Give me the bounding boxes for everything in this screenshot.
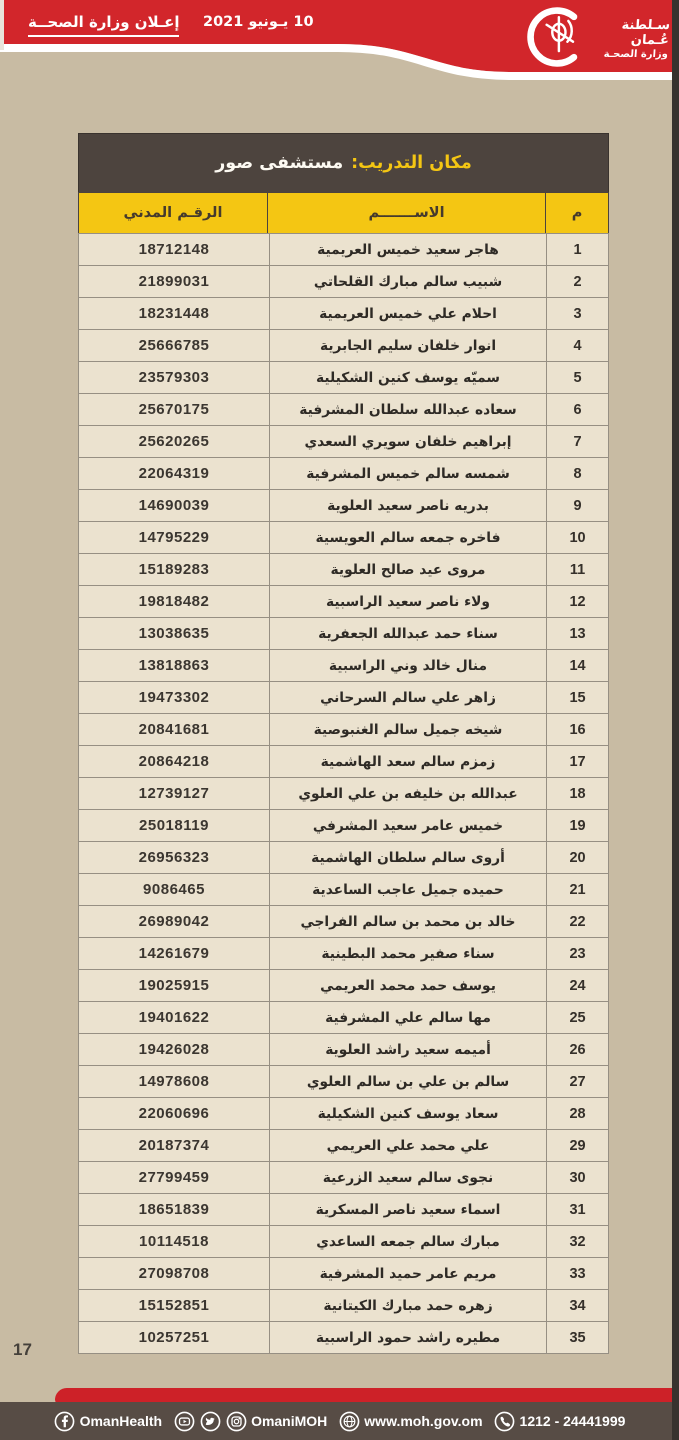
- row-civil-number: 18651839: [79, 1194, 269, 1225]
- scan-edge-right: [672, 0, 679, 1440]
- column-header-civil-number: الرقـم المدني: [79, 193, 267, 233]
- table-row: 12ولاء ناصر سعيد الراسبية19818482: [78, 585, 609, 618]
- row-name: مروى عيد صالح العلوية: [269, 554, 546, 585]
- row-index: 24: [546, 970, 608, 1001]
- row-civil-number: 10257251: [79, 1322, 269, 1353]
- row-name: خميس عامر سعيد المشرفي: [269, 810, 546, 841]
- table-row: 35مطيره راشد حمود الراسبية10257251: [78, 1321, 609, 1354]
- row-name: زاهر علي سالم السرحاني: [269, 682, 546, 713]
- row-civil-number: 26956323: [79, 842, 269, 873]
- row-index: 9: [546, 490, 608, 521]
- table-row: 1هاجر سعيد خميس العريمية18712148: [78, 233, 609, 266]
- row-index: 29: [546, 1130, 608, 1161]
- row-name: سعاده عبدالله سلطان المشرفية: [269, 394, 546, 425]
- table-row: 11مروى عيد صالح العلوية15189283: [78, 553, 609, 586]
- row-civil-number: 22060696: [79, 1098, 269, 1129]
- table-row: 9بدريه ناصر سعيد العلوية14690039: [78, 489, 609, 522]
- row-civil-number: 14261679: [79, 938, 269, 969]
- row-name: حميده جميل عاجب الساعدية: [269, 874, 546, 905]
- row-name: سناء حمد عبدالله الجعفرية: [269, 618, 546, 649]
- row-name: شمسه سالم خميس المشرفية: [269, 458, 546, 489]
- row-index: 31: [546, 1194, 608, 1225]
- row-index: 6: [546, 394, 608, 425]
- row-name: سالم بن علي بن سالم العلوي: [269, 1066, 546, 1097]
- table-row: 32مبارك سالم جمعه الساعدي10114518: [78, 1225, 609, 1258]
- row-index: 33: [546, 1258, 608, 1289]
- table-row: 22خالد بن محمد بن سالم الفراجي26989042: [78, 905, 609, 938]
- row-index: 10: [546, 522, 608, 553]
- row-civil-number: 13818863: [79, 650, 269, 681]
- row-index: 14: [546, 650, 608, 681]
- row-name: أميمه سعيد راشد العلوية: [269, 1034, 546, 1065]
- row-index: 13: [546, 618, 608, 649]
- row-civil-number: 20841681: [79, 714, 269, 745]
- row-index: 17: [546, 746, 608, 777]
- table-row: 21حميده جميل عاجب الساعدية9086465: [78, 873, 609, 906]
- row-name: إبراهيم خلفان سويري السعدي: [269, 426, 546, 457]
- row-civil-number: 19473302: [79, 682, 269, 713]
- table-row: 25مها سالم علي المشرفية19401622: [78, 1001, 609, 1034]
- footer-social-group[interactable]: OmaniMOH: [173, 1410, 327, 1432]
- top-banner: إعـلان وزارة الصحــة 10 يـونيو 2021 سـلط…: [0, 0, 679, 112]
- row-civil-number: 15152851: [79, 1290, 269, 1321]
- row-index: 34: [546, 1290, 608, 1321]
- row-index: 8: [546, 458, 608, 489]
- table-row: 6سعاده عبدالله سلطان المشرفية25670175: [78, 393, 609, 426]
- footer-website[interactable]: www.moh.gov.om: [338, 1410, 482, 1432]
- table-body: 1هاجر سعيد خميس العريمية187121482شبيب سا…: [78, 233, 609, 1354]
- table-row: 28سعاد يوسف كنين الشكيلية22060696: [78, 1097, 609, 1130]
- row-index: 4: [546, 330, 608, 361]
- table-row: 2شبيب سالم مبارك القلحاتي21899031: [78, 265, 609, 298]
- training-location-value: مستشفى صور: [215, 153, 343, 173]
- row-index: 15: [546, 682, 608, 713]
- table-row: 23سناء صفير محمد البطينية14261679: [78, 937, 609, 970]
- row-index: 32: [546, 1226, 608, 1257]
- row-index: 27: [546, 1066, 608, 1097]
- row-index: 30: [546, 1162, 608, 1193]
- row-civil-number: 27098708: [79, 1258, 269, 1289]
- row-name: بدريه ناصر سعيد العلوية: [269, 490, 546, 521]
- row-name: شبيب سالم مبارك القلحاتي: [269, 266, 546, 297]
- table-row: 24يوسف حمد محمد العريمي19025915: [78, 969, 609, 1002]
- table-row: 18عبدالله بن خليفه بن علي العلوي12739127: [78, 777, 609, 810]
- row-civil-number: 10114518: [79, 1226, 269, 1257]
- row-name: اسماء سعيد ناصر المسكرية: [269, 1194, 546, 1225]
- youtube-icon[interactable]: [173, 1410, 195, 1432]
- footer-social-label[interactable]: OmaniMOH: [251, 1413, 327, 1429]
- trainees-table: مكان التدريب: مستشفى صور م الاســـــــم …: [78, 133, 609, 1354]
- row-index: 11: [546, 554, 608, 585]
- table-row: 33مريم عامر حميد المشرفية27098708: [78, 1257, 609, 1290]
- twitter-icon[interactable]: [199, 1410, 221, 1432]
- row-civil-number: 12739127: [79, 778, 269, 809]
- row-civil-number: 18712148: [79, 234, 269, 265]
- row-index: 23: [546, 938, 608, 969]
- table-row: 5سميّه يوسف كنين الشكيلية23579303: [78, 361, 609, 394]
- announcement-title: إعـلان وزارة الصحــة: [28, 13, 179, 37]
- row-name: انوار خلفان سليم الجابرية: [269, 330, 546, 361]
- logo-line1: سـلطنة عُـمان: [595, 19, 670, 49]
- row-name: علي محمد علي العريمي: [269, 1130, 546, 1161]
- table-row: 30نجوى سالم سعيد الزرعية27799459: [78, 1161, 609, 1194]
- row-index: 22: [546, 906, 608, 937]
- row-index: 20: [546, 842, 608, 873]
- row-civil-number: 19401622: [79, 1002, 269, 1033]
- footer-phone-label[interactable]: 1212 - 24441999: [520, 1413, 626, 1429]
- footer-contact-bar: OmanHealth: [0, 1402, 679, 1440]
- row-name: مريم عامر حميد المشرفية: [269, 1258, 546, 1289]
- row-name: مطيره راشد حمود الراسبية: [269, 1322, 546, 1353]
- row-index: 16: [546, 714, 608, 745]
- table-row: 15زاهر علي سالم السرحاني19473302: [78, 681, 609, 714]
- row-name: مها سالم علي المشرفية: [269, 1002, 546, 1033]
- row-civil-number: 19818482: [79, 586, 269, 617]
- logo-line2: وزارة الصحـة: [595, 49, 669, 61]
- table-row: 8شمسه سالم خميس المشرفية22064319: [78, 457, 609, 490]
- row-name: خالد بن محمد بن سالم الفراجي: [269, 906, 546, 937]
- table-row: 29علي محمد علي العريمي20187374: [78, 1129, 609, 1162]
- row-civil-number: 25666785: [79, 330, 269, 361]
- table-row: 17زمزم سالم سعد الهاشمية20864218: [78, 745, 609, 778]
- row-name: احلام علي خميس العريمية: [269, 298, 546, 329]
- row-index: 19: [546, 810, 608, 841]
- oman-crescent-emblem-icon: [524, 4, 590, 70]
- table-row: 4انوار خلفان سليم الجابرية25666785: [78, 329, 609, 362]
- row-index: 26: [546, 1034, 608, 1065]
- footer-phone[interactable]: 1212 - 24441999: [494, 1410, 626, 1432]
- row-civil-number: 14795229: [79, 522, 269, 553]
- row-civil-number: 19025915: [79, 970, 269, 1001]
- row-name: ولاء ناصر سعيد الراسبية: [269, 586, 546, 617]
- row-name: هاجر سعيد خميس العريمية: [269, 234, 546, 265]
- moh-logo: سـلطنة عُـمان وزارة الصحـة: [524, 4, 669, 74]
- row-civil-number: 20864218: [79, 746, 269, 777]
- row-civil-number: 13038635: [79, 618, 269, 649]
- row-index: 28: [546, 1098, 608, 1129]
- row-index: 2: [546, 266, 608, 297]
- table-row: 31اسماء سعيد ناصر المسكرية18651839: [78, 1193, 609, 1226]
- table-row: 16شيخه جميل سالم الغنبوصية20841681: [78, 713, 609, 746]
- row-name: مبارك سالم جمعه الساعدي: [269, 1226, 546, 1257]
- row-index: 3: [546, 298, 608, 329]
- training-location-label: مكان التدريب:: [351, 153, 472, 173]
- row-civil-number: 23579303: [79, 362, 269, 393]
- table-row: 7إبراهيم خلفان سويري السعدي25620265: [78, 425, 609, 458]
- footer-facebook-label[interactable]: OmanHealth: [80, 1413, 162, 1429]
- footer-facebook[interactable]: OmanHealth: [54, 1410, 162, 1432]
- instagram-icon[interactable]: [225, 1410, 247, 1432]
- row-civil-number: 14690039: [79, 490, 269, 521]
- facebook-icon[interactable]: [54, 1410, 76, 1432]
- row-civil-number: 25620265: [79, 426, 269, 457]
- row-name: سناء صفير محمد البطينية: [269, 938, 546, 969]
- footer-website-label[interactable]: www.moh.gov.om: [364, 1413, 482, 1429]
- row-civil-number: 20187374: [79, 1130, 269, 1161]
- globe-icon[interactable]: [338, 1410, 360, 1432]
- phone-icon[interactable]: [494, 1410, 516, 1432]
- row-index: 18: [546, 778, 608, 809]
- announcement-page: إعـلان وزارة الصحــة 10 يـونيو 2021 سـلط…: [0, 0, 679, 1440]
- row-index: 12: [546, 586, 608, 617]
- row-civil-number: 27799459: [79, 1162, 269, 1193]
- table-row: 14منال خالد وني الراسبية13818863: [78, 649, 609, 682]
- table-row: 27سالم بن علي بن سالم العلوي14978608: [78, 1065, 609, 1098]
- row-name: زهره حمد مبارك الكيتانية: [269, 1290, 546, 1321]
- row-civil-number: 18231448: [79, 298, 269, 329]
- row-civil-number: 26989042: [79, 906, 269, 937]
- row-civil-number: 19426028: [79, 1034, 269, 1065]
- column-header-name: الاســـــــم: [267, 193, 545, 233]
- table-row: 3احلام علي خميس العريمية18231448: [78, 297, 609, 330]
- row-name: أروى سالم سلطان الهاشمية: [269, 842, 546, 873]
- row-name: سعاد يوسف كنين الشكيلية: [269, 1098, 546, 1129]
- row-name: يوسف حمد محمد العريمي: [269, 970, 546, 1001]
- logo-calligraphy: سـلطنة عُـمان وزارة الصحـة: [595, 19, 671, 60]
- row-civil-number: 14978608: [79, 1066, 269, 1097]
- row-name: شيخه جميل سالم الغنبوصية: [269, 714, 546, 745]
- row-index: 1: [546, 234, 608, 265]
- row-civil-number: 21899031: [79, 266, 269, 297]
- table-row: 26أميمه سعيد راشد العلوية19426028: [78, 1033, 609, 1066]
- table-row: 20أروى سالم سلطان الهاشمية26956323: [78, 841, 609, 874]
- row-name: منال خالد وني الراسبية: [269, 650, 546, 681]
- row-civil-number: 9086465: [79, 874, 269, 905]
- announcement-date: 10 يـونيو 2021: [203, 14, 314, 30]
- row-name: فاخره جمعه سالم العويسية: [269, 522, 546, 553]
- column-header-index: م: [545, 193, 608, 233]
- scan-edge-left: [0, 0, 4, 50]
- row-index: 5: [546, 362, 608, 393]
- row-name: سميّه يوسف كنين الشكيلية: [269, 362, 546, 393]
- row-name: زمزم سالم سعد الهاشمية: [269, 746, 546, 777]
- row-index: 21: [546, 874, 608, 905]
- table-row: 10فاخره جمعه سالم العويسية14795229: [78, 521, 609, 554]
- row-name: نجوى سالم سعيد الزرعية: [269, 1162, 546, 1193]
- row-index: 7: [546, 426, 608, 457]
- row-index: 25: [546, 1002, 608, 1033]
- row-name: عبدالله بن خليفه بن علي العلوي: [269, 778, 546, 809]
- table-row: 13سناء حمد عبدالله الجعفرية13038635: [78, 617, 609, 650]
- page-number: 17: [13, 1340, 32, 1360]
- table-row: 34زهره حمد مبارك الكيتانية15152851: [78, 1289, 609, 1322]
- row-civil-number: 22064319: [79, 458, 269, 489]
- row-index: 35: [546, 1322, 608, 1353]
- table-header-row: م الاســـــــم الرقـم المدني: [78, 192, 609, 234]
- row-civil-number: 25670175: [79, 394, 269, 425]
- row-civil-number: 15189283: [79, 554, 269, 585]
- table-row: 19خميس عامر سعيد المشرفي25018119: [78, 809, 609, 842]
- training-location-bar: مكان التدريب: مستشفى صور: [78, 133, 609, 193]
- row-civil-number: 25018119: [79, 810, 269, 841]
